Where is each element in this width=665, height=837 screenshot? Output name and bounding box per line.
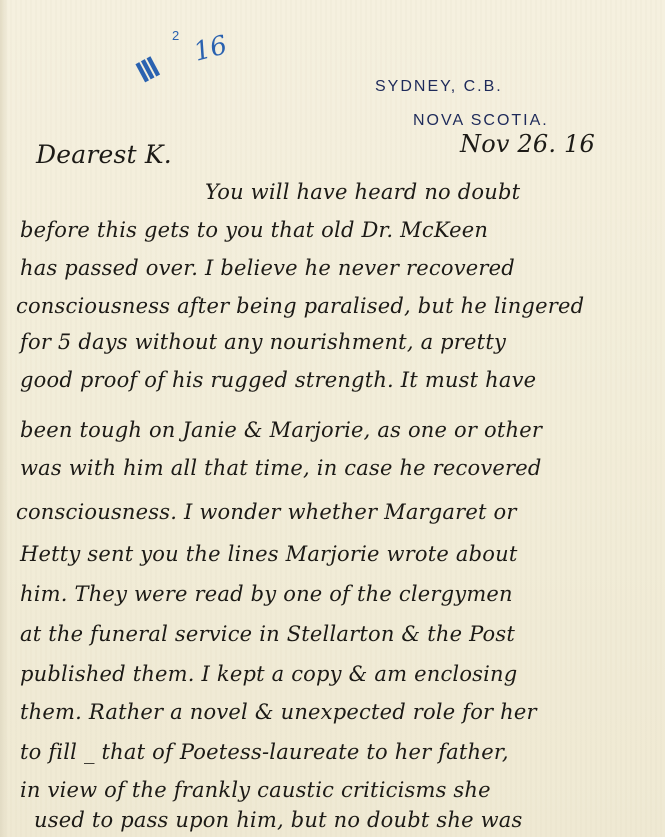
salutation: Dearest K.: [36, 140, 172, 169]
body-line: to fill _ that of Poetess-laureate to he…: [20, 740, 509, 764]
body-line: in view of the frankly caustic criticism…: [20, 778, 491, 802]
letter-date: Nov 26. 16: [460, 130, 595, 158]
body-line: them. Rather a novel & unexpected role f…: [20, 700, 537, 724]
body-line: published them. I kept a copy & am enclo…: [20, 662, 517, 686]
body-line: for 5 days without any nourishment, a pr…: [20, 330, 506, 354]
body-line: has passed over. I believe he never reco…: [20, 256, 515, 280]
letterhead-province: NOVA SCOTIA.: [413, 112, 549, 130]
body-line: consciousness. I wonder whether Margaret…: [16, 500, 517, 524]
body-line: consciousness after being paralised, but…: [16, 294, 584, 318]
paper-edge: [0, 0, 8, 837]
body-line: Hetty sent you the lines Marjorie wrote …: [20, 542, 517, 566]
body-line: used to pass upon him, but no doubt she …: [34, 808, 522, 832]
body-line: You will have heard no doubt: [205, 180, 520, 204]
body-line: at the funeral service in Stellarton & t…: [20, 622, 515, 646]
body-line: him. They were read by one of the clergy…: [20, 582, 513, 606]
body-line: been tough on Janie & Marjorie, as one o…: [20, 418, 542, 442]
body-line: was with him all that time, in case he r…: [20, 456, 542, 480]
body-line: good proof of his rugged strength. It mu…: [20, 368, 536, 392]
archive-superscript: 2: [172, 28, 179, 43]
body-line: before this gets to you that old Dr. McK…: [20, 218, 488, 242]
letterhead-city: SYDNEY, C.B.: [375, 78, 503, 96]
